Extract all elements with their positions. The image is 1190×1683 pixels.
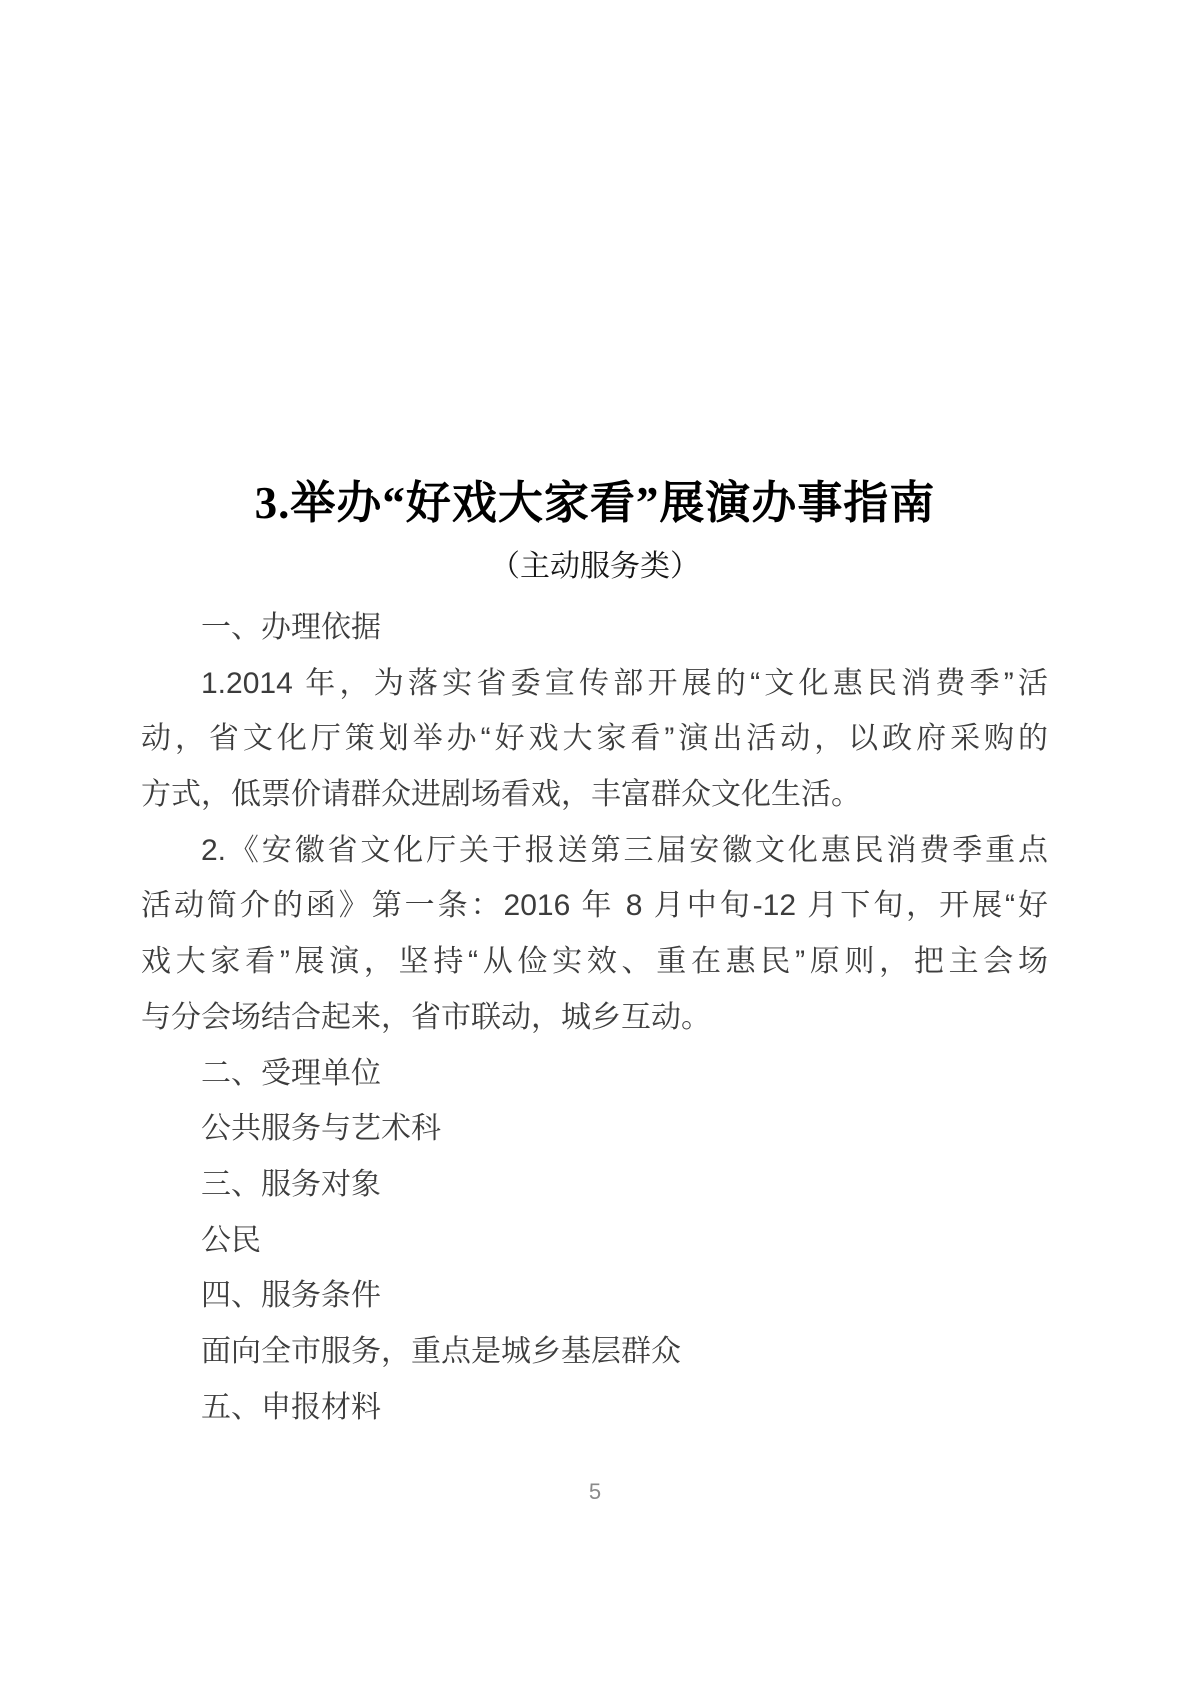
body-line: 三、服务对象	[141, 1157, 1048, 1213]
document-body: 一、办理依据1.2014 年，为落实省委宣传部开展的“文化惠民消费季”活动，省文…	[141, 600, 1048, 1435]
document-page: 3.举办“好戏大家看”展演办事指南 （主动服务类） 一、办理依据1.2014 年…	[0, 0, 1190, 1683]
page-number: 5	[0, 1477, 1190, 1507]
body-line: 2.《安徽省文化厅关于报送第三届安徽文化惠民消费季重点	[141, 823, 1048, 879]
body-line: 戏大家看”展演，坚持“从俭实效、重在惠民”原则，把主会场	[141, 934, 1048, 990]
body-line: 面向全市服务，重点是城乡基层群众	[141, 1324, 1048, 1380]
body-line: 活动简介的函》第一条：2016 年 8 月中旬-12 月下旬，开展“好	[141, 878, 1048, 934]
page-title: 3.举办“好戏大家看”展演办事指南	[0, 472, 1190, 534]
body-line: 1.2014 年，为落实省委宣传部开展的“文化惠民消费季”活	[141, 656, 1048, 712]
page-subtitle: （主动服务类）	[0, 547, 1190, 587]
body-line: 公民	[141, 1213, 1048, 1269]
body-line: 方式，低票价请群众进剧场看戏，丰富群众文化生活。	[141, 767, 1048, 823]
body-line: 与分会场结合起来，省市联动，城乡互动。	[141, 990, 1048, 1046]
body-line: 公共服务与艺术科	[141, 1101, 1048, 1157]
body-line: 五、申报材料	[141, 1380, 1048, 1436]
body-line: 二、受理单位	[141, 1046, 1048, 1102]
body-line: 四、服务条件	[141, 1268, 1048, 1324]
body-line: 动，省文化厅策划举办“好戏大家看”演出活动，以政府采购的	[141, 711, 1048, 767]
body-line: 一、办理依据	[141, 600, 1048, 656]
